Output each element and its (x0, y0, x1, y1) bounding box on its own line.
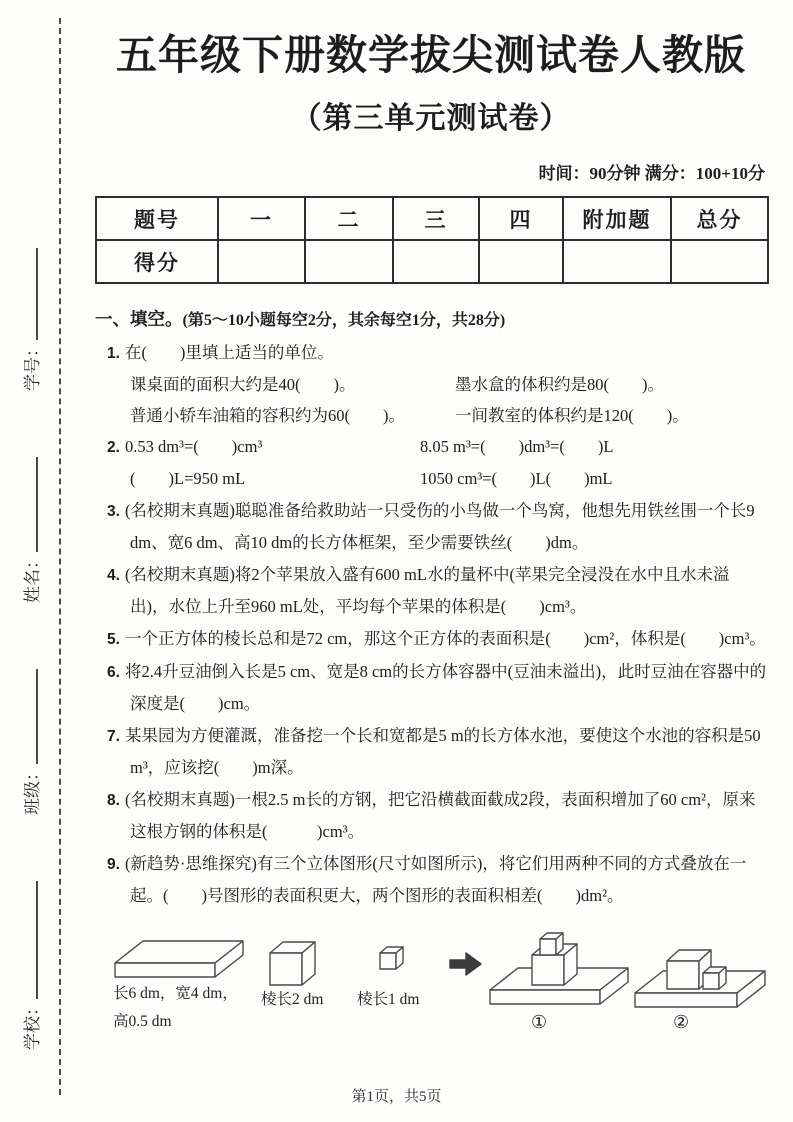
question-2-left-1: 2.0.53 dm³=( )cm³ (107, 431, 432, 463)
slab-figure (115, 941, 243, 977)
score-header-part2: 二 (305, 197, 393, 240)
paper-subtitle: （第三单元测试卷） (95, 96, 767, 142)
exam-info: 时间：90分钟 满分：100+10分 (95, 162, 767, 186)
question-1-item-desk: 课桌面的面积大约是40( )。 (130, 369, 455, 400)
question-2-conversion-2: 8.05 m³=( )dm³=( )L (420, 431, 767, 463)
question-1-item-fueltank: 普通小轿车油箱的容积约为60( )。 (130, 400, 455, 431)
school-blank-line (33, 881, 38, 999)
score-header-question-number: 题号 (96, 197, 218, 240)
score-header-part1: 一 (218, 197, 305, 240)
name-blank-line (33, 457, 38, 552)
question-5-text: 一个正方体的棱长总和是72 cm，那这个正方体的表面积是( )cm²，体积是( … (125, 629, 766, 648)
question-2-row-2: ( )L=950 mL 1050 cm³=( )L( )mL (95, 463, 767, 494)
cube-1dm-figure (380, 947, 403, 969)
figure-1-circled-number: ① (531, 1009, 547, 1035)
question-1-item-inkbox: 墨水盒的体积约是80( )。 (455, 369, 767, 400)
class-blank-line (33, 669, 38, 764)
question-9: 9.(新趋势·思维探究)有三个立体图形(尺寸如图所示)，将它们用两种不同的方式叠… (95, 848, 767, 911)
question-3-text: (名校期末真题)聪聪准备给救助站一只受伤的小鸟做一个鸟窝，他想先用铁丝围一个长9… (125, 501, 755, 552)
name-field: 姓名： (18, 457, 43, 603)
question-9-figures: 长6 dm，宽4 dm， 高0.5 dm 棱长2 dm 棱长1 dm ① ② (95, 917, 767, 1047)
stacked-figure-2 (635, 950, 765, 1007)
score-header-total: 总分 (671, 197, 768, 240)
question-8: 8.(名校期末真题)一根2.5 m长的方钢，把它沿横截面截成2段，表面积增加了6… (95, 784, 767, 847)
student-number-field: 学号： (18, 248, 43, 391)
question-5-number: 5. (107, 631, 125, 648)
section-scoring-note: (第5～10小题每空2分，其余每空1分，共28分) (183, 312, 506, 329)
score-cell-total (671, 240, 768, 283)
stacked-figure-1 (490, 933, 628, 1004)
seal-dashed-line (59, 18, 61, 1095)
question-9-text: (新趋势·思维探究)有三个立体图形(尺寸如图所示)，将它们用两种不同的方式叠放在… (125, 854, 746, 905)
question-7-number: 7. (107, 728, 125, 745)
class-field: 班级： (18, 669, 43, 815)
score-table-score-row: 得分 (96, 240, 768, 283)
cube-2dm-label: 棱长2 dm (261, 987, 323, 1013)
section-title: 一、填空。 (95, 309, 183, 329)
arrow-icon (450, 953, 481, 975)
question-7: 7.某果园为方便灌溉，准备挖一个长和宽都是5 m的长方体水池，要使这个水池的容积… (95, 720, 767, 783)
question-9-number: 9. (107, 856, 125, 873)
question-2-conversion-3: ( )L=950 mL (130, 463, 455, 494)
paper-title: 五年级下册数学拔尖测试卷人教版 (95, 26, 767, 84)
question-8-text: (名校期末真题)一根2.5 m长的方钢，把它沿横截面截成2段，表面积增加了60 … (125, 790, 756, 841)
question-6-text: 将2.4升豆油倒入长是5 cm、宽是8 cm的长方体容器中(豆油未溢出)，此时豆… (125, 662, 766, 713)
question-6-number: 6. (107, 664, 125, 681)
score-cell-bonus (563, 240, 671, 283)
test-paper-page: 学校： 班级： 姓名： 学号： 五年级下册数学拔尖测试卷人教版 （第三单元测试卷… (0, 0, 793, 1122)
student-number-blank-line (33, 248, 38, 340)
score-cell-part1 (218, 240, 305, 283)
score-header-part3: 三 (393, 197, 479, 240)
school-label: 学校： (18, 999, 43, 1050)
question-2-row-1: 2.0.53 dm³=( )cm³ 8.05 m³=( )dm³=( )L (95, 431, 767, 463)
question-6: 6.将2.4升豆油倒入长是5 cm、宽是8 cm的长方体容器中(豆油未溢出)，此… (95, 656, 767, 719)
student-number-label: 学号： (18, 340, 43, 391)
score-row-label: 得分 (96, 240, 218, 283)
question-1-row-1: 课桌面的面积大约是40( )。 墨水盒的体积约是80( )。 (95, 369, 767, 400)
score-cell-part2 (305, 240, 393, 283)
question-4: 4.(名校期末真题)将2个苹果放入盛有600 mL水的量杯中(苹果完全浸没在水中… (95, 559, 767, 622)
question-8-number: 8. (107, 792, 125, 809)
cube-1dm-label: 棱长1 dm (357, 987, 419, 1013)
school-field: 学校： (18, 881, 43, 1050)
score-cell-part3 (393, 240, 479, 283)
cube-2dm-figure (270, 942, 315, 985)
score-table-header-row: 题号 一 二 三 四 附加题 总分 (96, 197, 768, 240)
main-content: 五年级下册数学拔尖测试卷人教版 （第三单元测试卷） 时间：90分钟 满分：100… (95, 26, 767, 1047)
seal-strip: 学校： 班级： 姓名： 学号： (8, 0, 52, 1108)
question-1-row-2: 普通小轿车油箱的容积约为60( )。 一间教室的体积约是120( )。 (95, 400, 767, 431)
question-4-text: (名校期末真题)将2个苹果放入盛有600 mL水的量杯中(苹果完全浸没在水中且水… (125, 565, 730, 616)
figure-2-circled-number: ② (673, 1009, 689, 1035)
question-3: 3.(名校期末真题)聪聪准备给救助站一只受伤的小鸟做一个鸟窝，他想先用铁丝围一个… (95, 495, 767, 558)
question-2-number: 2. (107, 439, 125, 456)
score-table: 题号 一 二 三 四 附加题 总分 得分 (95, 196, 769, 284)
question-1-number: 1. (107, 345, 125, 362)
question-1-item-classroom: 一间教室的体积约是120( )。 (455, 400, 767, 431)
section-heading: 一、填空。(第5～10小题每空2分，其余每空1分，共28分) (95, 304, 767, 336)
score-header-bonus: 附加题 (563, 197, 671, 240)
question-4-number: 4. (107, 567, 125, 584)
question-2-conversion-1: 0.53 dm³=( )cm³ (125, 437, 262, 456)
score-header-part4: 四 (479, 197, 563, 240)
question-list: 1.在( )里填上适当的单位。 课桌面的面积大约是40( )。 墨水盒的体积约是… (95, 337, 767, 1047)
page-number-footer: 第1页，共5页 (0, 1085, 793, 1106)
question-5: 5.一个正方体的棱长总和是72 cm，那这个正方体的表面积是( )cm²，体积是… (95, 623, 767, 655)
question-3-number: 3. (107, 503, 125, 520)
question-7-text: 某果园为方便灌溉，准备挖一个长和宽都是5 m的长方体水池，要使这个水池的容积是5… (125, 726, 761, 777)
name-label: 姓名： (18, 552, 43, 603)
question-2-conversion-4: 1050 cm³=( )L( )mL (420, 463, 767, 494)
question-1: 1.在( )里填上适当的单位。 (95, 337, 767, 369)
class-label: 班级： (18, 764, 43, 815)
score-cell-part4 (479, 240, 563, 283)
question-1-text: 在( )里填上适当的单位。 (125, 343, 334, 362)
